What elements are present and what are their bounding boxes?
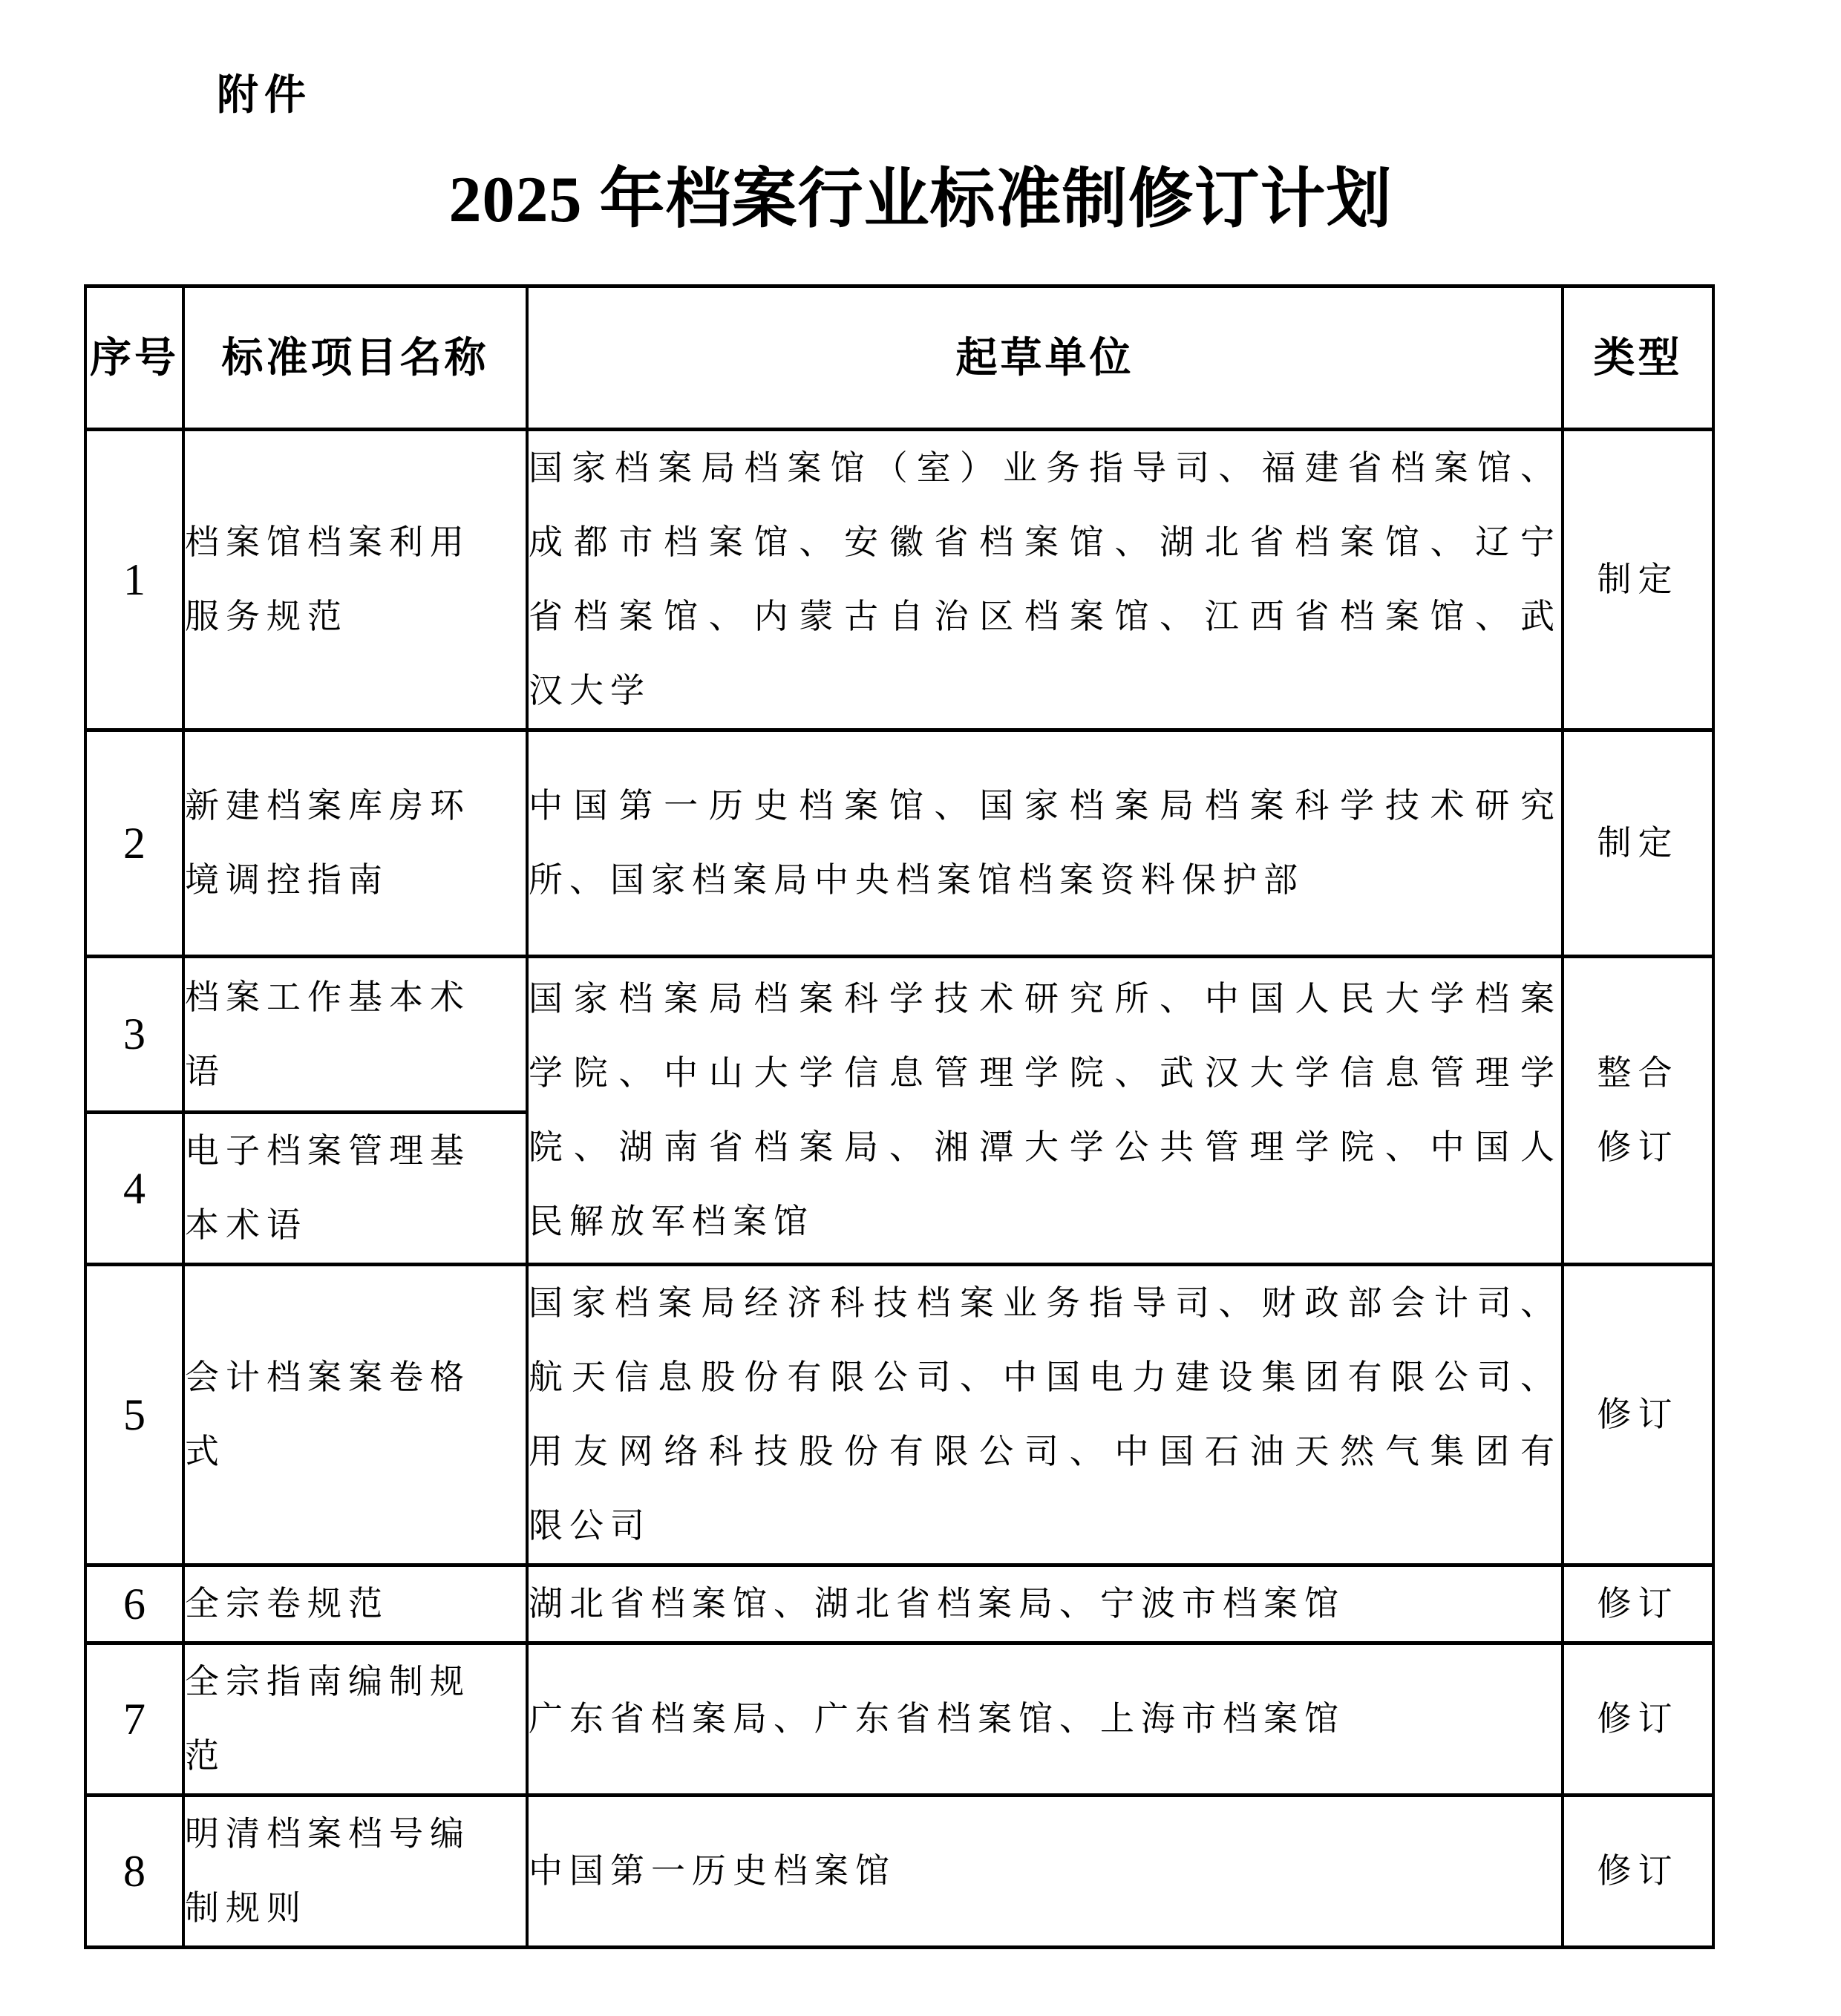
text-line: 航天信息股份有限公司、中国电力建设集团有限公司、 — [529, 1341, 1561, 1415]
row-2-project-name: 新建档案库房环境调控指南 — [183, 730, 527, 957]
table-row-2: 2 新建档案库房环境调控指南 中国第一历史档案馆、国家档案局档案科学技术研究所、… — [85, 730, 1713, 957]
row-7-drafting-units: 广东省档案局、广东省档案馆、上海市档案馆 — [527, 1643, 1563, 1796]
row-1-drafting-units: 国家档案局档案馆（室）业务指导司、福建省档案馆、成都市档案馆、安徽省档案馆、湖北… — [527, 430, 1563, 730]
header-project-name: 标准项目名称 — [183, 287, 527, 430]
text-line: 服务规范 — [185, 580, 526, 654]
header-type: 类型 — [1563, 287, 1713, 430]
row-8-type: 修订 — [1563, 1796, 1713, 1948]
row-4-project-name: 电子档案管理基本术语 — [183, 1113, 527, 1265]
row-7-project-name: 全宗指南编制规范 — [183, 1643, 527, 1796]
text-line: 国家档案局经济科技档案业务指导司、财政部会计司、 — [529, 1266, 1561, 1341]
text-line: 制定 — [1564, 806, 1712, 880]
text-line: 档案工作基本术 — [185, 960, 526, 1035]
row-1-project-name: 档案馆档案利用服务规范 — [183, 430, 527, 730]
text-line: 湖北省档案馆、湖北省档案局、宁波市档案馆 — [529, 1567, 1561, 1641]
text-line: 国家档案局档案科学技术研究所、中国人民大学档案 — [529, 962, 1561, 1036]
text-line: 汉大学 — [529, 654, 1561, 728]
text-line: 全宗指南编制规 — [185, 1645, 526, 1719]
table-row-6: 6 全宗卷规范 湖北省档案馆、湖北省档案局、宁波市档案馆 修订 — [85, 1565, 1713, 1643]
text-line: 本术语 — [185, 1188, 526, 1263]
text-line: 用友网络科技股份有限公司、中国石油天然气集团有 — [529, 1415, 1561, 1489]
text-line: 中国第一历史档案馆 — [529, 1834, 1561, 1908]
row-5-project-name: 会计档案案卷格式 — [183, 1265, 527, 1565]
row-6-type: 修订 — [1563, 1565, 1713, 1643]
document-page: { "page": { "attachment_label": "附件", "t… — [0, 0, 1841, 2016]
row-5-type: 修订 — [1563, 1265, 1713, 1565]
row-1-type: 制定 — [1563, 430, 1713, 730]
row-6-serial-number: 6 — [85, 1565, 183, 1643]
text-line: 学院、中山大学信息管理学院、武汉大学信息管理学 — [529, 1036, 1561, 1110]
page-title: 2025 年档案行业标准制修订计划 — [0, 147, 1841, 240]
row-6-drafting-units: 湖北省档案馆、湖北省档案局、宁波市档案馆 — [527, 1565, 1563, 1643]
table-row-3: 3 档案工作基本术语 国家档案局档案科学技术研究所、中国人民大学档案学院、中山大… — [85, 957, 1713, 1113]
text-line: 明清档案档号编 — [185, 1797, 526, 1871]
text-line: 全宗卷规范 — [185, 1567, 526, 1641]
row-2-type: 制定 — [1563, 730, 1713, 957]
row-6-project-name: 全宗卷规范 — [183, 1565, 527, 1643]
row-7-serial-number: 7 — [85, 1643, 183, 1796]
text-line: 院、湖南省档案局、湘潭大学公共管理学院、中国人 — [529, 1110, 1561, 1185]
text-line: 电子档案管理基 — [185, 1114, 526, 1188]
row-3-project-name: 档案工作基本术语 — [183, 957, 527, 1113]
row-5-serial-number: 5 — [85, 1265, 183, 1565]
text-line: 修订 — [1564, 1682, 1712, 1756]
header-drafting-unit: 起草单位 — [527, 287, 1563, 430]
row-2-drafting-units: 中国第一历史档案馆、国家档案局档案科学技术研究所、国家档案局中央档案馆档案资料保… — [527, 730, 1563, 957]
text-line: 广东省档案局、广东省档案馆、上海市档案馆 — [529, 1682, 1561, 1756]
text-line: 省档案馆、内蒙古自治区档案馆、江西省档案馆、武 — [529, 580, 1561, 654]
text-line: 修订 — [1564, 1110, 1712, 1185]
text-line: 修订 — [1564, 1834, 1712, 1908]
text-line: 修订 — [1564, 1567, 1712, 1641]
text-line: 整合 — [1564, 1036, 1712, 1110]
text-line: 档案馆档案利用 — [185, 505, 526, 580]
text-line: 成都市档案馆、安徽省档案馆、湖北省档案馆、辽宁 — [529, 505, 1561, 580]
row-2-serial-number: 2 — [85, 730, 183, 957]
row-3-4-drafting-units: 国家档案局档案科学技术研究所、中国人民大学档案学院、中山大学信息管理学院、武汉大… — [527, 957, 1563, 1265]
text-line: 范 — [185, 1719, 526, 1793]
row-1-serial-number: 1 — [85, 430, 183, 730]
table-header-row: 序号 标准项目名称 起草单位 类型 — [85, 287, 1713, 430]
row-8-drafting-units: 中国第一历史档案馆 — [527, 1796, 1563, 1948]
text-line: 中国第一历史档案馆、国家档案局档案科学技术研究 — [529, 769, 1561, 843]
row-3-serial-number: 3 — [85, 957, 183, 1113]
standards-plan-table: 序号 标准项目名称 起草单位 类型 1 档案馆档案利用服务规范 国家档案局档案馆… — [84, 284, 1715, 1949]
table-row-8: 8 明清档案档号编制规则 中国第一历史档案馆 修订 — [85, 1796, 1713, 1948]
text-line: 新建档案库房环 — [185, 769, 526, 843]
table-row-5: 5 会计档案案卷格式 国家档案局经济科技档案业务指导司、财政部会计司、航天信息股… — [85, 1265, 1713, 1565]
text-line: 会计档案案卷格 — [185, 1341, 526, 1415]
row-4-serial-number: 4 — [85, 1113, 183, 1265]
text-line: 制定 — [1564, 543, 1712, 617]
header-serial-number: 序号 — [85, 287, 183, 430]
attachment-label: 附件 — [217, 62, 312, 122]
row-5-drafting-units: 国家档案局经济科技档案业务指导司、财政部会计司、航天信息股份有限公司、中国电力建… — [527, 1265, 1563, 1565]
text-line: 国家档案局档案馆（室）业务指导司、福建省档案馆、 — [529, 431, 1561, 505]
text-line: 限公司 — [529, 1489, 1561, 1563]
row-8-serial-number: 8 — [85, 1796, 183, 1948]
text-line: 制规则 — [185, 1871, 526, 1945]
text-line: 境调控指南 — [185, 843, 526, 917]
text-line: 修订 — [1564, 1378, 1712, 1452]
text-line: 所、国家档案局中央档案馆档案资料保护部 — [529, 843, 1561, 917]
row-8-project-name: 明清档案档号编制规则 — [183, 1796, 527, 1948]
table-row-1: 1 档案馆档案利用服务规范 国家档案局档案馆（室）业务指导司、福建省档案馆、成都… — [85, 430, 1713, 730]
text-line: 语 — [185, 1035, 526, 1109]
text-line: 民解放军档案馆 — [529, 1185, 1561, 1259]
row-7-type: 修订 — [1563, 1643, 1713, 1796]
row-3-4-type: 整合修订 — [1563, 957, 1713, 1265]
table-row-7: 7 全宗指南编制规范 广东省档案局、广东省档案馆、上海市档案馆 修订 — [85, 1643, 1713, 1796]
text-line: 式 — [185, 1415, 526, 1489]
